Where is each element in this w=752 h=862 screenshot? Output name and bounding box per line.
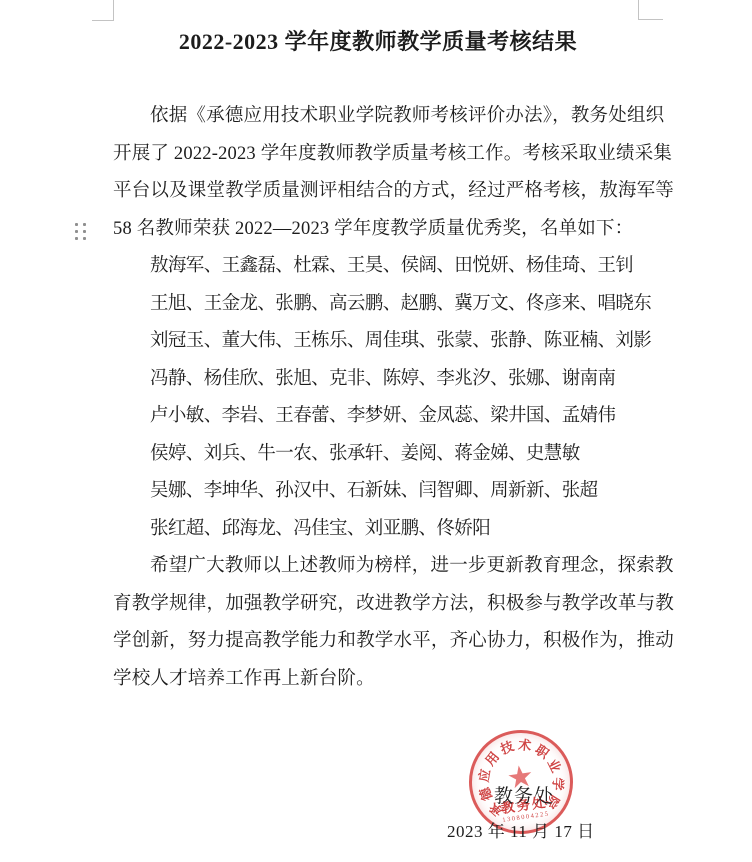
awardee-name-list: 敖海军、王鑫磊、杜霖、王昊、侯阔、田悦妍、杨佳琦、王钊 王旭、王金龙、张鹏、高云… (113, 248, 643, 548)
margin-mark-top-left (92, 0, 114, 21)
body-line[interactable]: 希望广大教师以上述教师为榜样，进一步更新教育理念，探索教 (113, 548, 643, 586)
signature-department[interactable]: 教务处 (494, 781, 554, 808)
name-line[interactable]: 张红超、邱海龙、冯佳宝、刘亚鹏、佟娇阳 (113, 511, 643, 549)
body-line[interactable]: 学创新，努力提高教学能力和教学水平，齐心协力，积极作为，推动 (113, 623, 643, 661)
name-line[interactable]: 敖海军、王鑫磊、杜霖、王昊、侯阔、田悦妍、杨佳琦、王钊 (113, 248, 643, 286)
name-line[interactable]: 冯静、杨佳欣、张旭、克非、陈婷、李兆汐、张娜、谢南南 (113, 361, 643, 399)
paragraph-drag-handle[interactable] (75, 223, 86, 240)
body-line[interactable]: 育教学规律，加强教学研究，改进教学方法，积极参与教学改革与教 (113, 586, 643, 624)
document-title[interactable]: 2022-2023 学年度教师教学质量考核结果 (113, 27, 643, 57)
signature-date[interactable]: 2023 年 11 月 17 日 (447, 817, 595, 842)
name-line[interactable]: 刘冠玉、董大伟、王栋乐、周佳琪、张蒙、张静、陈亚楠、刘影 (113, 323, 643, 361)
intro-paragraph: 依据《承德应用技术职业学院教师考核评价办法》，教务处组织 开展了 2022-20… (113, 98, 643, 248)
name-line[interactable]: 侯婷、刘兵、牛一农、张承轩、姜阅、蒋金娣、史慧敏 (113, 436, 643, 474)
body-line[interactable]: 依据《承德应用技术职业学院教师考核评价办法》，教务处组织 (113, 98, 643, 136)
body-line[interactable]: 平台以及课堂教学质量测评相结合的方式，经过严格考核，敖海军等 (113, 173, 643, 211)
document-body: 2022-2023 学年度教师教学质量考核结果 依据《承德应用技术职业学院教师考… (113, 27, 643, 698)
margin-mark-top-right (638, 0, 663, 20)
seal-arc-char: 术 (518, 734, 533, 754)
body-line[interactable]: 学校人才培养工作再上新台阶。 (113, 661, 643, 699)
name-line[interactable]: 吴娜、李坤华、孙汉中、石新妹、闫智卿、周新新、张超 (113, 473, 643, 511)
body-line[interactable]: 开展了 2022-2023 学年度教师教学质量考核工作。考核采取业绩采集 (113, 136, 643, 174)
document-page: { "doc": { "title": "2022-2023 学年度教师教学质量… (0, 0, 752, 862)
closing-paragraph: 希望广大教师以上述教师为榜样，进一步更新教育理念，探索教 育教学规律，加强教学研… (113, 548, 643, 698)
name-line[interactable]: 王旭、王金龙、张鹏、高云鹏、赵鹏、冀万文、佟彦来、唱晓东 (113, 286, 643, 324)
name-line[interactable]: 卢小敏、李岩、王春蕾、李梦妍、金凤蕊、梁井国、孟婧伟 (113, 398, 643, 436)
body-line[interactable]: 58 名教师荣获 2022—2023 学年度教学质量优秀奖，名单如下： (113, 211, 643, 249)
